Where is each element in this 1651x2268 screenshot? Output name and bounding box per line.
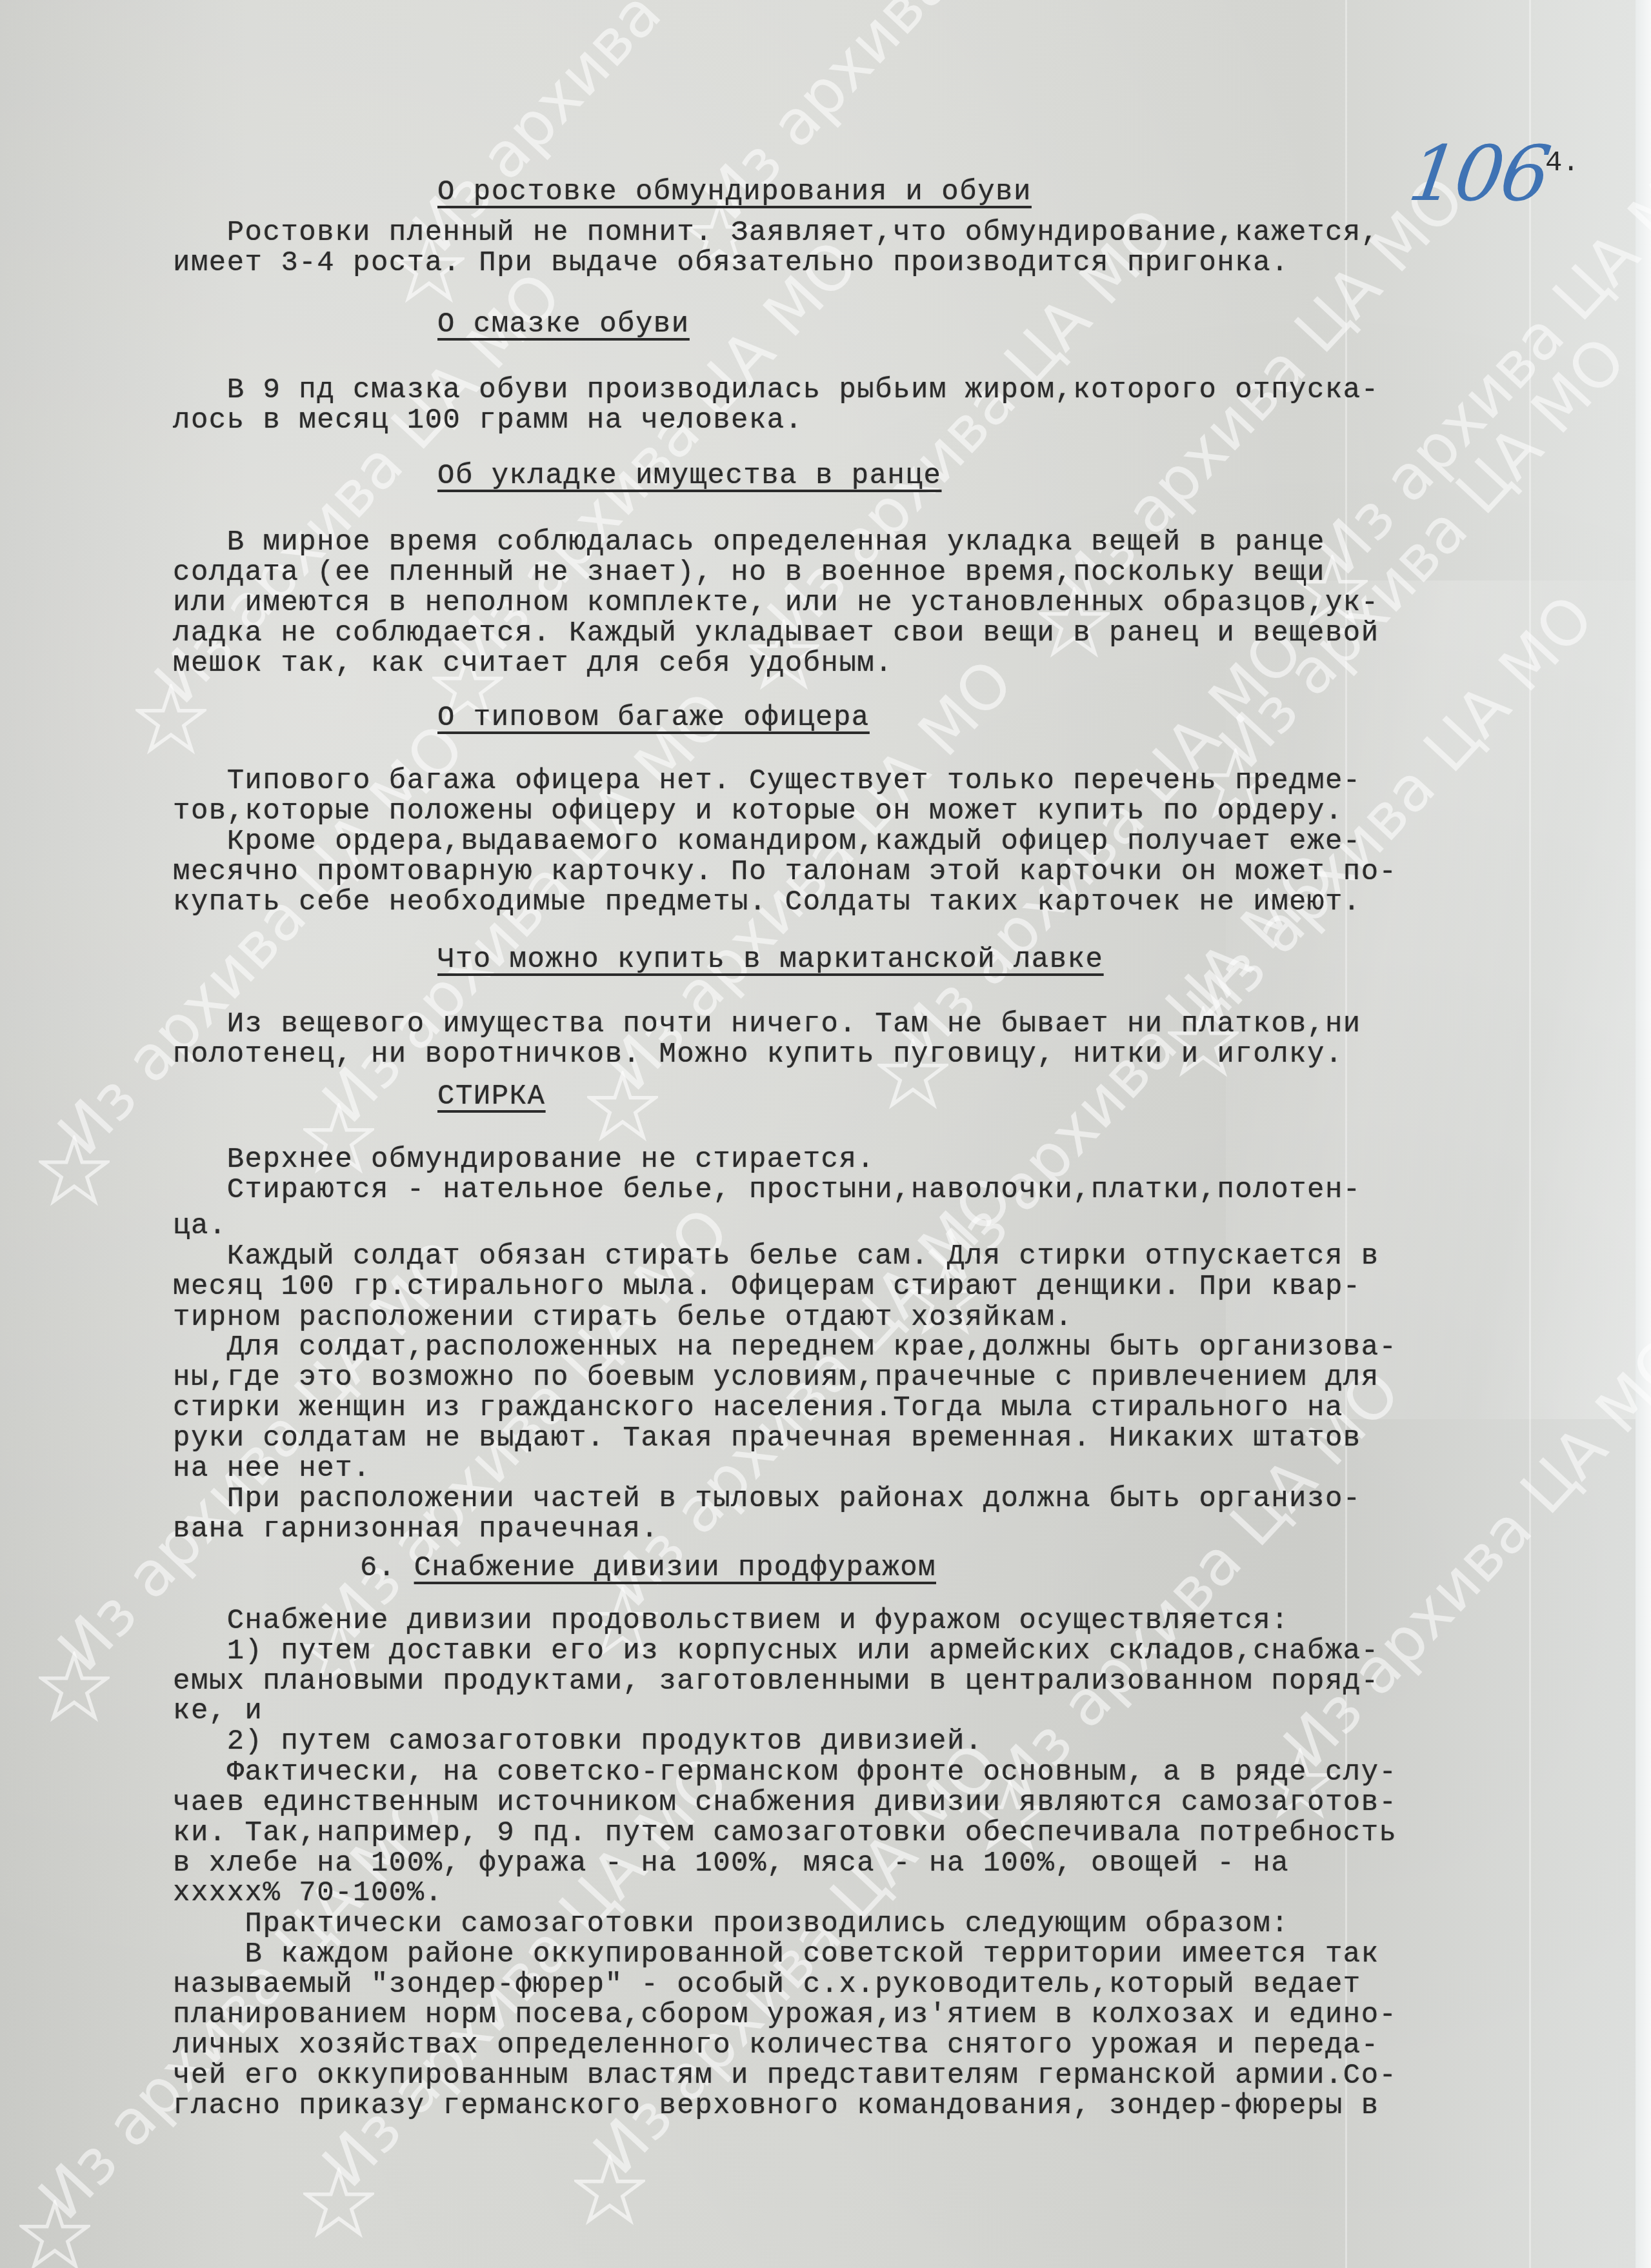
text-line: в хлебе на 100%, фуража - на 100%, мяса … xyxy=(173,1849,1289,1879)
section-heading: О типовом багаже офицера xyxy=(437,703,870,733)
section-heading-text: Снабжение дивизии продфуражом xyxy=(414,1552,936,1584)
text-line: В 9 пд смазка обуви производилась рыбьим… xyxy=(173,375,1379,406)
text-line: гласно приказу германского верховного ко… xyxy=(173,2091,1379,2122)
text-line: xxxxx% 70-100%. xyxy=(173,1878,443,1909)
text-line: Практически самозаготовки производились … xyxy=(173,1909,1289,1940)
text-line: месяц 100 гр.стирального мыла. Офицерам … xyxy=(173,1272,1361,1302)
section-heading: О ростовке обмундирования и обуви xyxy=(437,177,1032,208)
section-number: 6. xyxy=(360,1552,414,1584)
text-line: чаев единственным источником снабжения д… xyxy=(173,1788,1397,1818)
section-heading-text: О типовом багаже офицера xyxy=(437,702,870,734)
text-line: В каждом районе оккупированной советской… xyxy=(173,1940,1379,1970)
sheet-number: 4. xyxy=(1545,147,1579,179)
text-line: ца. xyxy=(173,1211,227,1242)
text-line: стирки женщин из гражданского населения.… xyxy=(173,1393,1343,1424)
text-line: имеет 3-4 роста. При выдаче обязательно … xyxy=(173,248,1289,279)
text-line: чей его оккупированным властям и предста… xyxy=(173,2061,1397,2091)
text-line: тов,которые положены офицеру и которые о… xyxy=(173,797,1343,827)
text-line: солдата (ее пленный не знает), но в воен… xyxy=(173,558,1325,588)
text-line: Снабжение дивизии продовольствием и фура… xyxy=(173,1606,1289,1636)
text-line: купать себе необходимые предметы. Солдат… xyxy=(173,888,1361,918)
section-heading: СТИРКА xyxy=(437,1082,545,1112)
text-line: ны,где это возможно по боевым условиям,п… xyxy=(173,1363,1379,1393)
text-line: месячно промтоварную карточку. По талона… xyxy=(173,857,1397,888)
text-line: Фактически, на советско-германском фронт… xyxy=(173,1758,1397,1788)
text-line: 1) путем доставки его из корпусных или а… xyxy=(173,1636,1379,1667)
text-line: тирном расположении стирать белье отдают… xyxy=(173,1303,1073,1333)
text-line: полотенец, ни воротничков. Можно купить … xyxy=(173,1040,1343,1070)
text-line: ки. Так,например, 9 пд. путем самозагото… xyxy=(173,1818,1397,1849)
text-line: Стираются - нательное белье, простыни,на… xyxy=(173,1175,1361,1206)
text-line: Кроме ордера,выдаваемого командиром,кажд… xyxy=(173,827,1361,857)
section-heading-text: О ростовке обмундирования и обуви xyxy=(437,176,1032,208)
section-heading-text: СТИРКА xyxy=(437,1080,545,1113)
text-line: личных хозяйствах определенного количест… xyxy=(173,2031,1379,2061)
paper-edge xyxy=(1636,0,1651,2268)
text-line: называемый "зондер-фюрер" - особый с.х.р… xyxy=(173,1970,1361,2000)
text-line: на нее нет. xyxy=(173,1454,371,1484)
text-line: или имеются в неполном комплекте, или не… xyxy=(173,588,1379,619)
section-heading: О смазке обуви xyxy=(437,310,690,340)
text-line: При расположении частей в тыловых района… xyxy=(173,1484,1361,1515)
section-heading-text: Что можно купить в маркитанской лавке xyxy=(437,944,1103,976)
text-line: вана гарнизонная прачечная. xyxy=(173,1515,659,1545)
section-heading: 6. Снабжение дивизии продфуражом xyxy=(360,1553,936,1584)
section-heading-text: Об укладке имущества в ранце xyxy=(437,460,941,492)
text-line: Типового багажа офицера нет. Существует … xyxy=(173,766,1361,797)
section-heading: Об укладке имущества в ранце xyxy=(437,461,941,492)
text-line: Из вещевого имущества почти ничего. Там … xyxy=(173,1010,1361,1040)
text-line: планированием норм посева,сбором урожая,… xyxy=(173,2000,1397,2031)
text-line: лось в месяц 100 грамм на человека. xyxy=(173,406,803,436)
text-line: 2) путем самозаготовки продуктов дивизие… xyxy=(173,1727,983,1757)
text-line: ке, и xyxy=(173,1696,263,1727)
text-line: В мирное время соблюдалась определенная … xyxy=(173,528,1325,558)
text-line: Верхнее обмундирование не стирается. xyxy=(173,1145,875,1175)
section-heading-text: О смазке обуви xyxy=(437,308,690,341)
archive-page-number: 106 xyxy=(1403,129,1554,218)
text-line: руки солдатам не выдают. Такая прачечная… xyxy=(173,1424,1361,1454)
text-line: ладка не соблюдается. Каждый укладывает … xyxy=(173,619,1379,649)
text-line: Ростовки пленный не помнит. Заявляет,что… xyxy=(173,218,1379,248)
text-line: емых плановыми продуктами, заготовленным… xyxy=(173,1667,1379,1697)
text-line: мешок так, как считает для себя удобным. xyxy=(173,649,893,679)
text-line: Каждый солдат обязан стирать белье сам. … xyxy=(173,1242,1379,1272)
section-heading: Что можно купить в маркитанской лавке xyxy=(437,945,1103,975)
text-line: Для солдат,расположенных на переднем кра… xyxy=(173,1333,1397,1363)
